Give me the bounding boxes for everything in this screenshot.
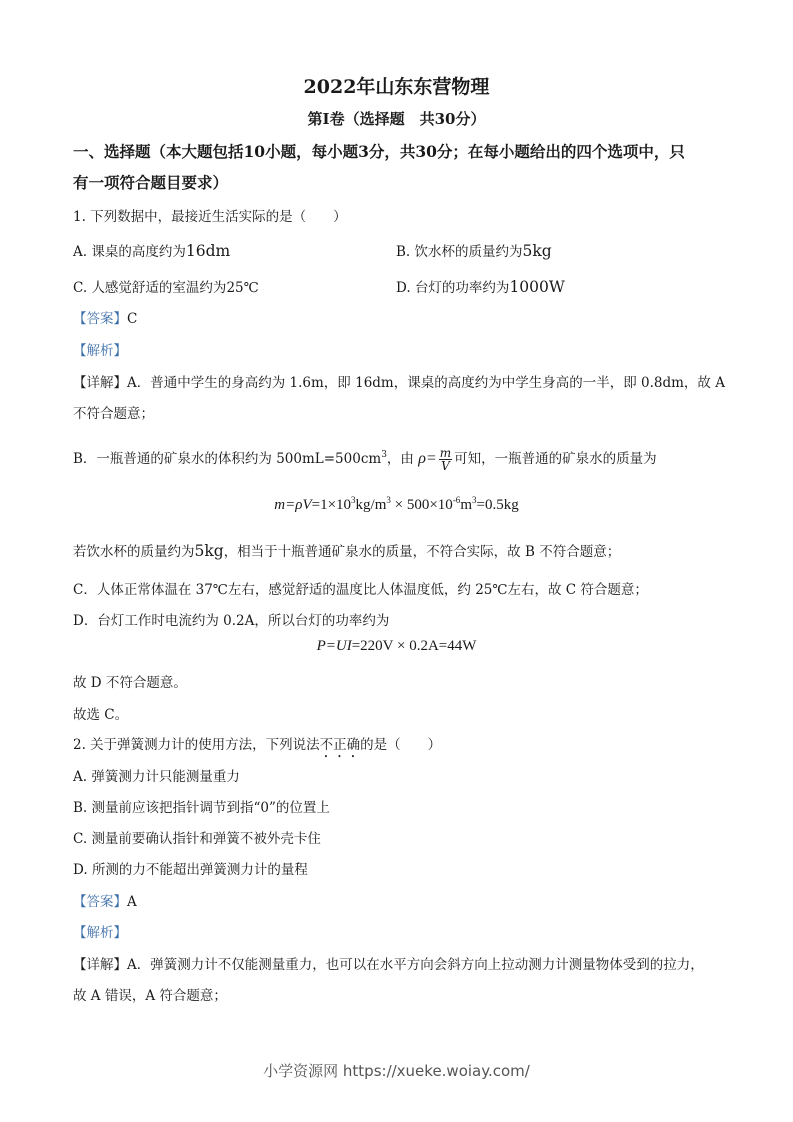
analysis-tag: 【解析】: [73, 925, 127, 941]
formula-part: P=UI: [317, 638, 352, 654]
document-title: 2022年山东东营物理: [0, 72, 793, 99]
option-value: 25℃: [226, 280, 258, 296]
detail-text: 可知，一瓶普通的矿泉水的质量为: [454, 451, 657, 467]
q1-final: 故选 C。: [73, 703, 128, 723]
option-label: C.: [73, 831, 87, 847]
detail-text: 若饮水杯的质量约为: [73, 544, 195, 560]
section-subtitle: 第Ⅰ卷（选择题 共30分）: [0, 108, 793, 129]
option-text: 台灯的功率约为: [415, 280, 510, 296]
option-text: 测量前应该把指针调节到指“0”的位置上: [92, 800, 330, 816]
q2-detail-a: 【详解】A．弹簧测力计不仅能测量重力，也可以在水平方向会斜方向上拉动测力计测量物…: [73, 953, 704, 973]
option-label: D.: [396, 280, 411, 296]
detail-text: ，相当于十瓶普通矿泉水的质量，不符合实际，故 B 不符合题意；: [224, 544, 621, 560]
q2-answer: 【答案】A: [73, 890, 137, 910]
option-value: 1000W: [509, 278, 564, 296]
q1-detail-b: B．一瓶普通的矿泉水的体积约为 500mL=500cm3，由 ρ=mV可知，一瓶…: [73, 447, 657, 472]
q2-option-b: B. 测量前应该把指针调节到指“0”的位置上: [73, 796, 330, 816]
formula-part: kg/m: [356, 497, 387, 513]
option-label: B.: [396, 244, 410, 260]
option-text: 测量前要确认指针和弹簧不被外壳卡住: [91, 831, 321, 847]
stem-text: 2. 关于弹簧测力计的使用方法，下列说法: [73, 737, 320, 753]
option-text: 人感觉舒适的室温约为: [91, 280, 226, 296]
q1-detail-d: D．台灯工作时电流约为 0.2A，所以台灯的功率约为: [73, 609, 389, 629]
formula-part: × 500×10: [391, 497, 453, 513]
formula-part: m: [460, 497, 472, 513]
density-symbol: ρ=: [418, 450, 436, 467]
option-label: C.: [73, 280, 87, 296]
detail-text: ，由: [387, 451, 414, 467]
stem-text: 的是（ ）: [360, 737, 441, 753]
formula-power: P=UI=220V × 0.2A=44W: [0, 638, 793, 655]
q1-detail-a-cont: 不符合题意；: [73, 402, 154, 422]
formula-part: =1×10: [312, 497, 351, 513]
emphasized-text: 不正确: [320, 737, 361, 753]
option-text: 课桌的高度约为: [91, 244, 186, 260]
q1-analysis-tag: 【解析】: [73, 339, 127, 359]
option-label: A.: [73, 769, 87, 785]
option-text: 所测的力不能超出弹簧测力计的量程: [92, 862, 308, 878]
option-value: 16dm: [186, 242, 230, 260]
detail-text: A．弹簧测力计不仅能测量重力，也可以在水平方向会斜方向上拉动测力计测量物体受到的…: [127, 957, 704, 973]
section-heading-cont: 有一项符合题目要求）: [73, 171, 228, 193]
q1-detail-b-cont: 若饮水杯的质量约为5kg，相当于十瓶普通矿泉水的质量，不符合实际，故 B 不符合…: [73, 540, 620, 560]
q1-option-b: B. 饮水杯的质量约为5kg: [396, 240, 552, 260]
q1-option-a: A. 课桌的高度约为16dm: [73, 240, 230, 260]
answer-tag: 【答案】: [73, 311, 127, 327]
option-label: D.: [73, 862, 88, 878]
q2-stem: 2. 关于弹簧测力计的使用方法，下列说法不正确的是（ ）: [73, 733, 441, 761]
denominator: V: [439, 460, 452, 472]
detail-text: A．普通中学生的身高约为 1.6m，即 16dm，课桌的高度约为中学生身高的一半…: [127, 375, 725, 391]
q1-stem: 1. 下列数据中，最接近生活实际的是（ ）: [73, 205, 347, 225]
formula-part: m=ρV: [274, 497, 311, 513]
formula-part: =0.5kg: [476, 497, 518, 513]
detail-text: B．一瓶普通的矿泉水的体积约为 500mL=500cm: [73, 451, 381, 467]
q1-detail-a: 【详解】A．普通中学生的身高约为 1.6m，即 16dm，课桌的高度约为中学生身…: [73, 371, 725, 391]
q2-option-a: A. 弹簧测力计只能测量重力: [73, 765, 240, 785]
detail-tag: 【详解】: [73, 375, 127, 391]
q2-detail-a-cont: 故 A 错误，A 符合题意；: [73, 984, 227, 1004]
formula-part: =220V × 0.2A=44W: [352, 638, 477, 654]
answer-tag: 【答案】: [73, 894, 127, 910]
option-value: 5kg: [523, 242, 552, 260]
answer-value: A: [127, 894, 137, 910]
fraction-m-over-v: mV: [439, 447, 452, 472]
option-label: A.: [73, 244, 87, 260]
detail-value: 5kg: [195, 542, 224, 560]
q2-option-c: C. 测量前要确认指针和弹簧不被外壳卡住: [73, 827, 321, 847]
q1-detail-c: C．人体正常体温在 37℃左右，感觉舒适的温度比人体温度低，约 25℃左右，故 …: [73, 578, 648, 598]
section-heading: 一、选择题（本大题包括10小题，每小题3分，共30分；在每小题给出的四个选项中，…: [73, 140, 685, 162]
q1-option-c: C. 人感觉舒适的室温约为25℃: [73, 276, 259, 296]
q1-answer: 【答案】C: [73, 307, 137, 327]
option-text: 饮水杯的质量约为: [415, 244, 523, 260]
detail-tag: 【详解】: [73, 957, 127, 973]
formula-mass: m=ρV=1×103kg/m3 × 500×10-6m3=0.5kg: [0, 497, 793, 514]
analysis-tag: 【解析】: [73, 343, 127, 359]
footer-watermark: 小学资源网 https://xueke.woiay.com/: [0, 1060, 793, 1081]
answer-value: C: [127, 311, 137, 327]
q1-option-d: D. 台灯的功率约为1000W: [396, 276, 565, 296]
q2-analysis-tag: 【解析】: [73, 921, 127, 941]
q1-conclusion-d: 故 D 不符合题意。: [73, 671, 187, 691]
option-label: B.: [73, 800, 87, 816]
q2-option-d: D. 所测的力不能超出弹簧测力计的量程: [73, 858, 308, 878]
option-text: 弹簧测力计只能测量重力: [91, 769, 240, 785]
